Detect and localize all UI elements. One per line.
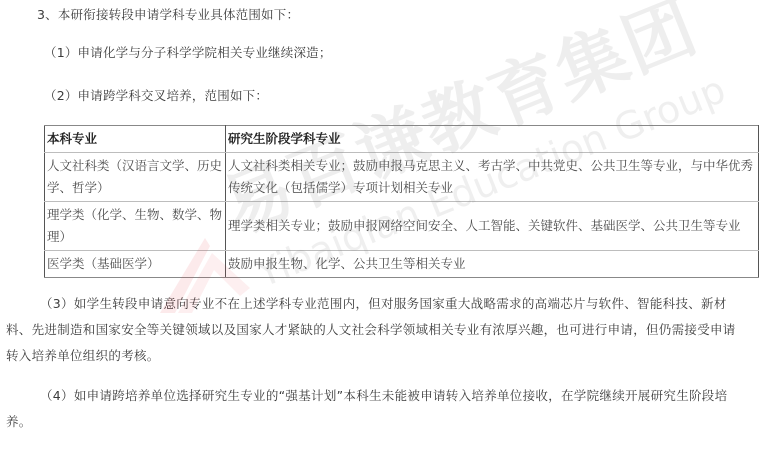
table-header-row: 本科专业 研究生阶段学科专业 bbox=[45, 126, 759, 153]
cell-graduate-major: 理学类相关专业；鼓励申报网络空间安全、人工智能、关键软件、基础医学、公共卫生等专… bbox=[226, 202, 759, 251]
cell-undergrad-major: 医学类（基础医学） bbox=[45, 251, 226, 278]
cell-undergrad-major: 人文社科类（汉语言文学、历史学、哲学） bbox=[45, 153, 226, 202]
list-item-4: （4）如申请跨培养单位选择研究生专业的“强基计划”本科生未能被申请转入培养单位接… bbox=[6, 383, 746, 435]
table-row: 人文社科类（汉语言文学、历史学、哲学） 人文社科类相关专业；鼓励申报马克思主义、… bbox=[45, 153, 759, 202]
cell-graduate-major: 人文社科类相关专业；鼓励申报马克思主义、考古学、中共党史、公共卫生等专业，与中华… bbox=[226, 153, 759, 202]
list-item-1: （1）申请化学与分子科学学院相关专业继续深造； bbox=[44, 44, 332, 62]
major-scope-table: 本科专业 研究生阶段学科专业 人文社科类（汉语言文学、历史学、哲学） 人文社科类… bbox=[44, 125, 759, 278]
table-row: 理学类（化学、生物、数学、物理） 理学类相关专业；鼓励申报网络空间安全、人工智能… bbox=[45, 202, 759, 251]
header-graduate-major: 研究生阶段学科专业 bbox=[226, 126, 759, 153]
cell-graduate-major: 鼓励申报生物、化学、公共卫生等相关专业 bbox=[226, 251, 759, 278]
section-heading: 3、本研衔接转段申请学科专业具体范围如下： bbox=[37, 6, 299, 24]
list-item-3: （3）如学生转段申请意向专业不在上述学科专业范围内，但对服务国家重大战略需求的高… bbox=[6, 291, 746, 369]
cell-undergrad-major: 理学类（化学、生物、数学、物理） bbox=[45, 202, 226, 251]
header-undergrad-major: 本科专业 bbox=[45, 126, 226, 153]
list-item-2: （2）申请跨学科交叉培养，范围如下： bbox=[44, 87, 268, 105]
table-row: 医学类（基础医学） 鼓励申报生物、化学、公共卫生等相关专业 bbox=[45, 251, 759, 278]
